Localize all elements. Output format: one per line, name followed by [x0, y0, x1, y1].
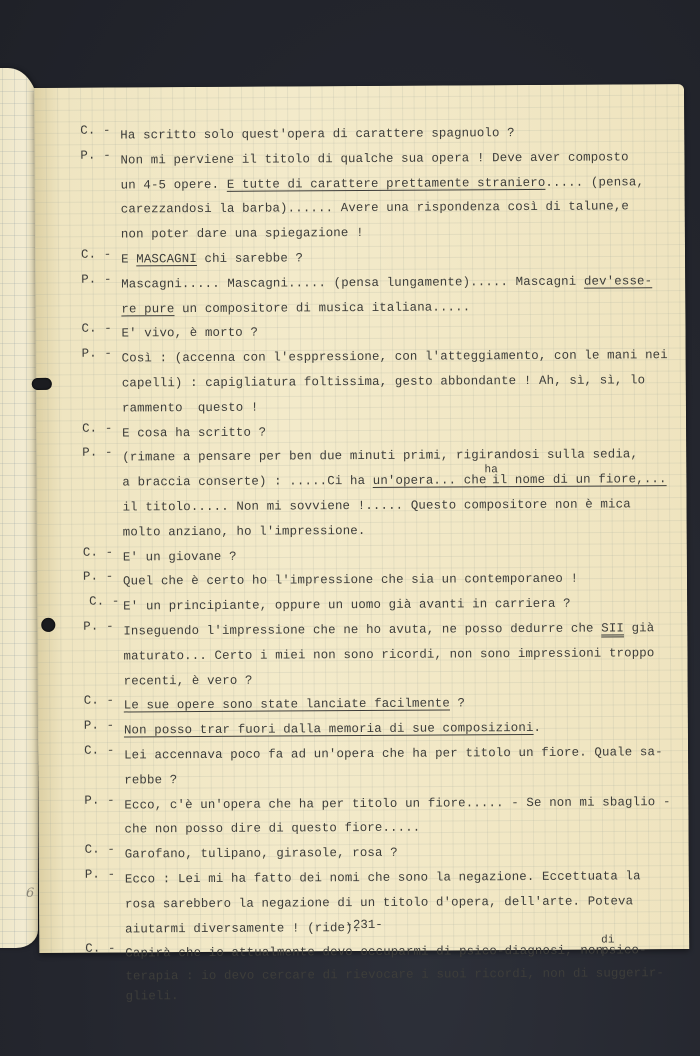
text-line: a braccia conserte) : .....Ci ha un'oper… [122, 467, 682, 495]
speaker-label: C. - [85, 843, 125, 868]
text-line: il titolo..... Non mi sovviene !..... Qu… [122, 492, 682, 520]
text-line: Inseguendo l'impressione che ne ho avuta… [123, 616, 683, 644]
text-line: carezzandosi la barba)...... Avere una r… [121, 194, 681, 222]
text-line: Ecco : Lei mi ha fatto dei nomi che sono… [125, 864, 685, 892]
underlined-text: MASCAGNI [136, 252, 197, 266]
underlined-text: Non posso trar fuori dalla memoria di su… [124, 721, 534, 738]
speaker-label: P. - [82, 446, 123, 545]
text-line: maturato... Certo i miei non sono ricord… [123, 641, 683, 669]
underlined-text: E tutte di carattere prettamente stranie… [227, 175, 546, 191]
text-span: E [121, 252, 136, 266]
text-line: recenti, è vero ? [124, 666, 684, 694]
speaker-label: C. - [84, 743, 124, 793]
text-line: rammento questo ! [122, 393, 682, 421]
text-span: Capirà che io attualmente devo occuparmi… [125, 944, 603, 961]
text-span: ..... (pensa, [545, 175, 644, 190]
dialogue-turn: P. - (rimane a pensare per ben due minut… [82, 442, 683, 545]
dialogue-turn: C. - E cosa ha scritto ? [82, 418, 682, 446]
text-line: Quel che è certo ho l'impressione che si… [123, 566, 683, 594]
text-line: E MASCAGNI chi sarebbe ? [121, 244, 681, 272]
speaker-label: C. - [80, 123, 120, 148]
dialogue-turn: P. - Quel che è certo ho l'impressione c… [83, 566, 683, 594]
speaker-label: P. - [81, 272, 121, 322]
text-line: Ha scritto solo quest'opera di carattere… [120, 120, 680, 148]
text-line: capelli) : capigliatura foltissima, gest… [122, 368, 682, 396]
dialogue-turn: C. - Ha scritto solo quest'opera di cara… [80, 120, 680, 148]
handwritten-insertion: di [601, 929, 619, 954]
binding-string-hole [32, 378, 52, 390]
dialogue-turn: C. - E' un principiante, oppure un uomo … [83, 591, 683, 619]
text-span: chi sarebbe ? [197, 251, 303, 266]
left-page-edge: 6 [0, 68, 38, 948]
speaker-label: C. - [81, 322, 121, 347]
text-line: Garofano, tulipano, girasole, rosa ? [125, 839, 685, 867]
text-span: già [624, 621, 654, 635]
text-line: Non posso trar fuori dalla memoria di su… [124, 715, 684, 743]
overtyped-text: sp [296, 350, 311, 364]
text-line: rebbe ? [124, 765, 684, 793]
text-line: Così : (accenna con l'esppressione, con … [122, 343, 682, 371]
dialogue-turn: C. - Garofano, tulipano, girasole, rosa … [85, 839, 685, 867]
text-line: glieli. [125, 984, 685, 1005]
speaker-label: C. - [82, 421, 122, 446]
speaker-label: C. - [84, 694, 124, 719]
typewritten-page: C. - Ha scritto solo quest'opera di cara… [34, 84, 689, 953]
text-span: pressione, con l'atteggiamento, con le m… [311, 348, 668, 364]
binding-hole [41, 618, 55, 632]
dialogue-turn: P. - Così : (accenna con l'esppressione,… [82, 343, 682, 421]
speaker-label: P. - [84, 793, 124, 843]
speaker-label: C. - [83, 545, 123, 570]
text-span: Così : (accenna con l'e [122, 351, 297, 366]
text-line: non poter dare una spiegazione ! [121, 219, 681, 247]
text-line: E' vivo, è morto ? [121, 318, 681, 346]
text-line: Le sue opere sono state lanciate facilme… [124, 690, 684, 718]
text-line: (rimane a pensare per ben due minuti pri… [122, 442, 682, 470]
dialogue-turn: P. - Non mi perviene il titolo di qualch… [80, 145, 681, 248]
dialogue-transcript: C. - Ha scritto solo quest'opera di cara… [80, 120, 685, 1006]
text-line: Non mi perviene il titolo di qualche sua… [120, 145, 680, 173]
underlined-text: re pure [121, 302, 174, 316]
text-line: re pure un compositore di musica italian… [121, 294, 681, 322]
speaker-label: P. - [83, 619, 123, 694]
text-span: un 4-5 opere. [121, 177, 227, 192]
dialogue-turn: P. - Non posso trar fuori dalla memoria … [84, 715, 684, 743]
text-span: Mascagni..... Mascagni..... (pensa lunga… [121, 274, 584, 291]
text-line: molto anziano, ho l'impressione. [123, 517, 683, 545]
underlined-text: Le sue opere sono state lanciate facilme… [124, 697, 450, 713]
underlined-text: dev'esse- [584, 274, 652, 288]
underlined-text: un'opera... che [373, 473, 487, 488]
dialogue-turn: P. - Inseguendo l'impressione che ne ho … [83, 616, 683, 694]
speaker-label: C. - [83, 595, 123, 620]
speaker-label: C. - [85, 942, 125, 1006]
text-line: rosa sarebbero la negazione di un titolo… [125, 889, 685, 917]
speaker-label: P. - [80, 148, 121, 247]
dialogue-turn: C. - E' vivo, è morto ? [81, 318, 681, 346]
text-line: Lei accennava poco fa ad un'opera che ha… [124, 740, 684, 768]
text-line: E' un giovane ? [123, 542, 683, 570]
dialogue-turn: C. - Lei accennava poco fa ad un'opera c… [84, 740, 684, 793]
text-line: E' un principiante, oppure un uomo già a… [123, 591, 683, 619]
speaker-label: P. - [83, 570, 123, 595]
text-span: ? [450, 697, 465, 711]
text-span: Inseguendo l'impressione che ne ho avuta… [123, 621, 601, 638]
text-span: a braccia conserte) : .....Ci ha [122, 474, 372, 490]
text-span: . [534, 721, 542, 735]
text-line: terapia : io devo cercare di rievocare i… [125, 963, 685, 987]
dialogue-turn: C. - E' un giovane ? [83, 542, 683, 570]
text-line: E cosa ha scritto ? [122, 418, 682, 446]
text-line: un 4-5 opere. E tutte di carattere prett… [121, 170, 681, 198]
text-line: Ecco, c'è un'opera che ha per titolo un … [124, 790, 684, 818]
speaker-label: P. - [82, 347, 122, 422]
double-underlined-text: SII [601, 621, 624, 635]
speaker-label: P. - [84, 719, 124, 744]
dialogue-turn: P. - Ecco, c'è un'opera che ha per titol… [84, 790, 684, 843]
dialogue-turn: C. - Le sue opere sono state lanciate fa… [84, 690, 684, 718]
margin-note: 6 [26, 886, 34, 901]
text-span: un compositore di musica italiana..... [174, 300, 470, 316]
speaker-label: C. - [81, 247, 121, 272]
dialogue-turn: C. - Capirà che io attualmente devo occu… [85, 938, 685, 1005]
text-line: che non posso dire di questo fiore..... [124, 814, 684, 842]
text-line: Capirà che io attualmente devo occuparmi… [125, 938, 685, 966]
text-line: Mascagni..... Mascagni..... (pensa lunga… [121, 269, 681, 297]
underlined-text: il nome di un fiore,... [484, 472, 666, 487]
dialogue-turn: P. - Mascagni..... Mascagni..... (pensa … [81, 269, 681, 322]
dialogue-turn: C. - E MASCAGNI chi sarebbe ? [81, 244, 681, 272]
handwritten-insertion: ha [484, 458, 502, 483]
